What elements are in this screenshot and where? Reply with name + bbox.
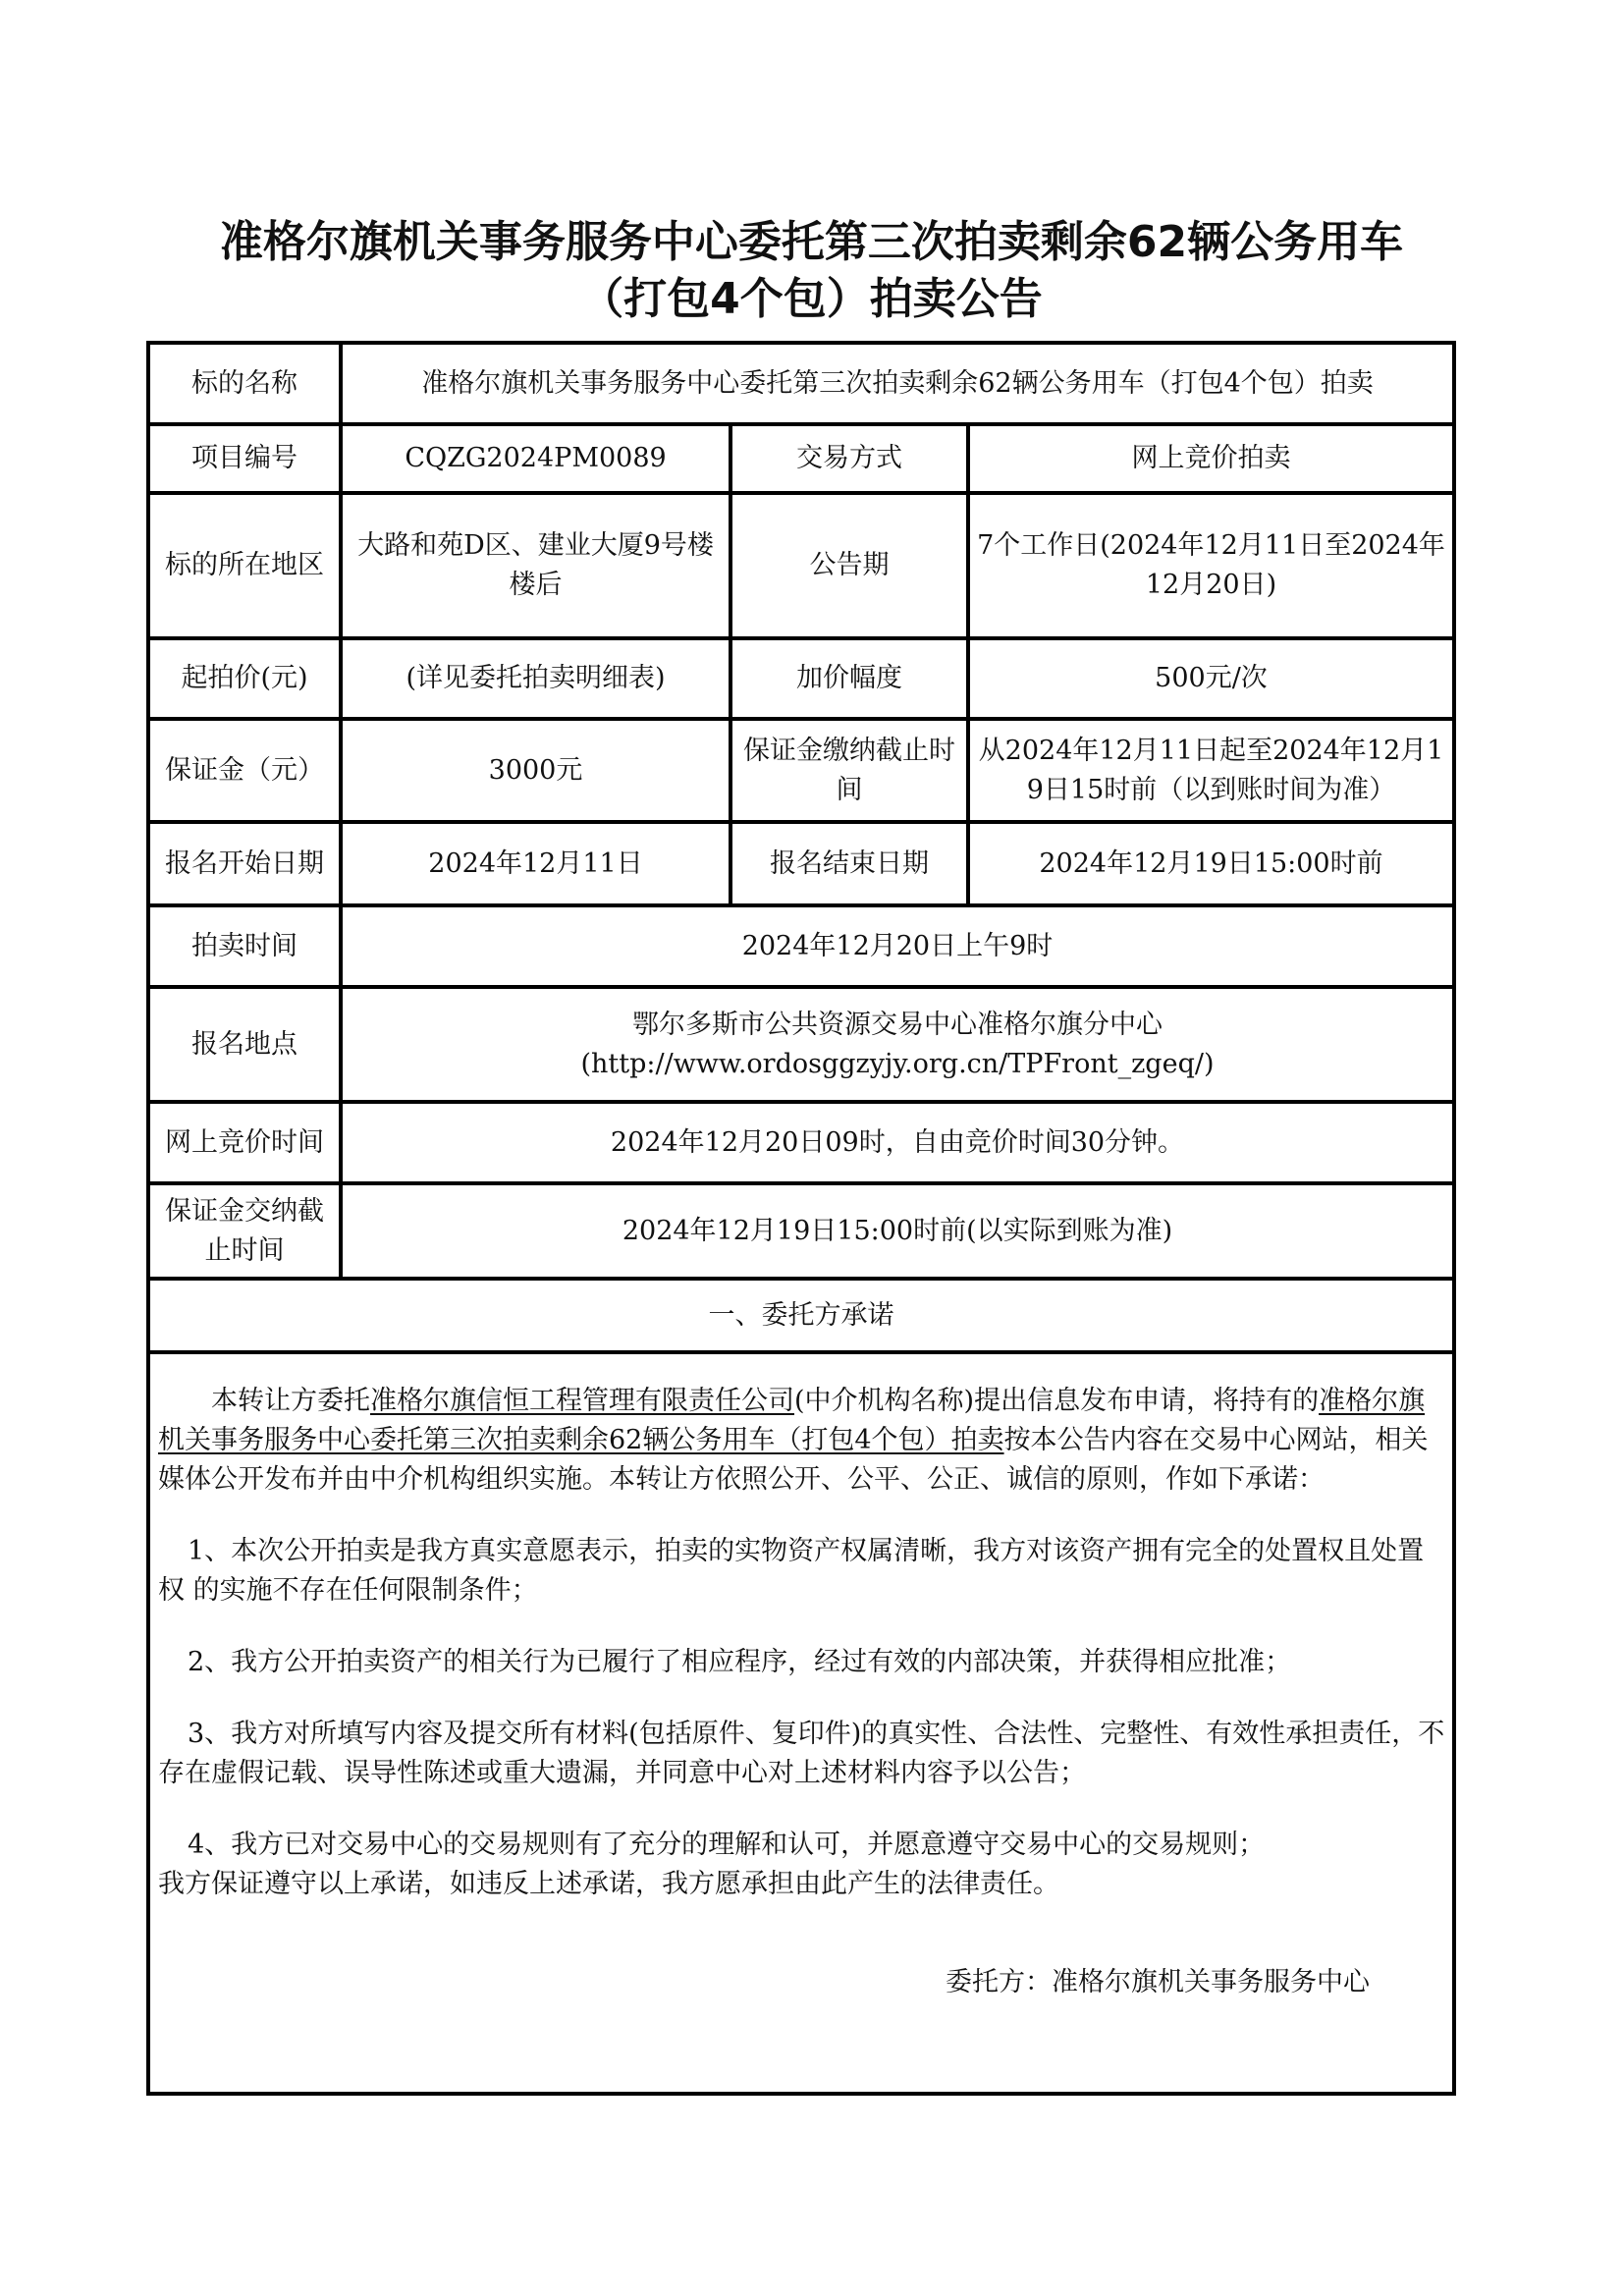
reg-place-url[interactable]: (http://www.ordosggzyjy.org.cn/TPFront_z… <box>349 1045 1446 1084</box>
row-section-header: 一、委托方承诺 <box>148 1279 1454 1352</box>
document-title: 准格尔旗机关事务服务中心委托第三次拍卖剩余62辆公务用车 （打包4个包）拍卖公告 <box>0 214 1623 328</box>
value-reg-place: 鄂尔多斯市公共资源交易中心准格尔旗分中心 (http://www.ordosgg… <box>341 987 1454 1102</box>
title-line-1: 准格尔旗机关事务服务中心委托第三次拍卖剩余62辆公务用车 <box>0 214 1623 271</box>
row-online-bid-time: 网上竞价时间 2024年12月20日09时，自由竞价时间30分钟。 <box>148 1102 1454 1183</box>
pledge-intro: 本转让方委托准格尔旗信恒工程管理有限责任公司(中介机构名称)提出信息发布申请，将… <box>158 1382 1448 1500</box>
pledge-item-4-line-1: 4、我方已对交易中心的交易规则有了充分的理解和认可，并愿意遵守交易中心的交易规则… <box>158 1826 1448 1865</box>
label-deposit-deadline: 保证金缴纳截止时间 <box>730 719 968 822</box>
value-location: 大路和苑D区、建业大厦9号楼楼后 <box>341 493 730 638</box>
label-reg-start: 报名开始日期 <box>148 822 341 905</box>
label-notice-period: 公告期 <box>730 493 968 638</box>
value-deposit-deadline: 从2024年12月11日起至2024年12月19日15时前（以到账时间为准） <box>968 719 1454 822</box>
row-registration-dates: 报名开始日期 2024年12月11日 报名结束日期 2024年12月19日15:… <box>148 822 1454 905</box>
value-auction-time: 2024年12月20日上午9时 <box>341 905 1454 987</box>
label-start-price: 起拍价(元) <box>148 638 341 719</box>
value-deposit: 3000元 <box>341 719 730 822</box>
value-online-bid-time: 2024年12月20日09时，自由竞价时间30分钟。 <box>341 1102 1454 1183</box>
row-reg-place: 报名地点 鄂尔多斯市公共资源交易中心准格尔旗分中心 (http://www.or… <box>148 987 1454 1102</box>
pledge-intro-pre: 本转让方委托 <box>211 1386 370 1416</box>
value-subject-name: 准格尔旗机关事务服务中心委托第三次拍卖剩余62辆公务用车（打包4个包）拍卖 <box>341 343 1454 424</box>
row-auction-time: 拍卖时间 2024年12月20日上午9时 <box>148 905 1454 987</box>
label-subject-name: 标的名称 <box>148 343 341 424</box>
pledge-item-3: 3、我方对所填写内容及提交所有材料(包括原件、复印件)的真实性、合法性、完整性、… <box>158 1715 1448 1793</box>
announcement-table: 标的名称 准格尔旗机关事务服务中心委托第三次拍卖剩余62辆公务用车（打包4个包）… <box>146 341 1456 2096</box>
row-deposit-pay-deadline: 保证金交纳截止时间 2024年12月19日15:00时前(以实际到账为准) <box>148 1183 1454 1279</box>
pledge-item-4: 4、我方已对交易中心的交易规则有了充分的理解和认可，并愿意遵守交易中心的交易规则… <box>158 1826 1448 1904</box>
label-deposit: 保证金（元） <box>148 719 341 822</box>
title-line-2: （打包4个包）拍卖公告 <box>0 271 1623 328</box>
row-subject-name: 标的名称 准格尔旗机关事务服务中心委托第三次拍卖剩余62辆公务用车（打包4个包）… <box>148 343 1454 424</box>
value-increment: 500元/次 <box>968 638 1454 719</box>
row-pledge: 本转让方委托准格尔旗信恒工程管理有限责任公司(中介机构名称)提出信息发布申请，将… <box>148 1352 1454 2094</box>
value-deposit-pay-deadline: 2024年12月19日15:00时前(以实际到账为准) <box>341 1183 1454 1279</box>
label-location: 标的所在地区 <box>148 493 341 638</box>
label-project-no: 项目编号 <box>148 424 341 493</box>
row-location: 标的所在地区 大路和苑D区、建业大厦9号楼楼后 公告期 7个工作日(2024年1… <box>148 493 1454 638</box>
label-increment: 加价幅度 <box>730 638 968 719</box>
signature: 委托方：准格尔旗机关事务服务中心 <box>158 1963 1448 2002</box>
row-deposit: 保证金（元） 3000元 保证金缴纳截止时间 从2024年12月11日起至202… <box>148 719 1454 822</box>
label-reg-place: 报名地点 <box>148 987 341 1102</box>
pledge-item-4-line-2: 我方保证遵守以上承诺，如违反上述承诺，我方愿承担由此产生的法律责任。 <box>158 1865 1448 1904</box>
label-reg-end: 报名结束日期 <box>730 822 968 905</box>
reg-place-name: 鄂尔多斯市公共资源交易中心准格尔旗分中心 <box>349 1006 1446 1045</box>
value-trade-method: 网上竞价拍卖 <box>968 424 1454 493</box>
row-start-price: 起拍价(元) (详见委托拍卖明细表) 加价幅度 500元/次 <box>148 638 1454 719</box>
value-start-price: (详见委托拍卖明细表) <box>341 638 730 719</box>
value-project-no: CQZG2024PM0089 <box>341 424 730 493</box>
agency-name: 准格尔旗信恒工程管理有限责任公司 <box>370 1386 794 1416</box>
pledge-item-2: 2、我方公开拍卖资产的相关行为已履行了相应程序，经过有效的内部决策，并获得相应批… <box>158 1643 1448 1682</box>
pledge-content: 本转让方委托准格尔旗信恒工程管理有限责任公司(中介机构名称)提出信息发布申请，将… <box>148 1352 1454 2094</box>
value-reg-start: 2024年12月11日 <box>341 822 730 905</box>
value-notice-period: 7个工作日(2024年12月11日至2024年12月20日) <box>968 493 1454 638</box>
label-deposit-pay-deadline: 保证金交纳截止时间 <box>148 1183 341 1279</box>
row-project-no: 项目编号 CQZG2024PM0089 交易方式 网上竞价拍卖 <box>148 424 1454 493</box>
pledge-item-1: 1、本次公开拍卖是我方真实意愿表示，拍卖的实物资产权属清晰，我方对该资产拥有完全… <box>158 1532 1448 1611</box>
pledge-intro-mid: (中介机构名称)提出信息发布申请，将持有的 <box>794 1386 1319 1416</box>
label-auction-time: 拍卖时间 <box>148 905 341 987</box>
label-online-bid-time: 网上竞价时间 <box>148 1102 341 1183</box>
value-reg-end: 2024年12月19日15:00时前 <box>968 822 1454 905</box>
section-header-pledge: 一、委托方承诺 <box>148 1279 1454 1352</box>
label-trade-method: 交易方式 <box>730 424 968 493</box>
